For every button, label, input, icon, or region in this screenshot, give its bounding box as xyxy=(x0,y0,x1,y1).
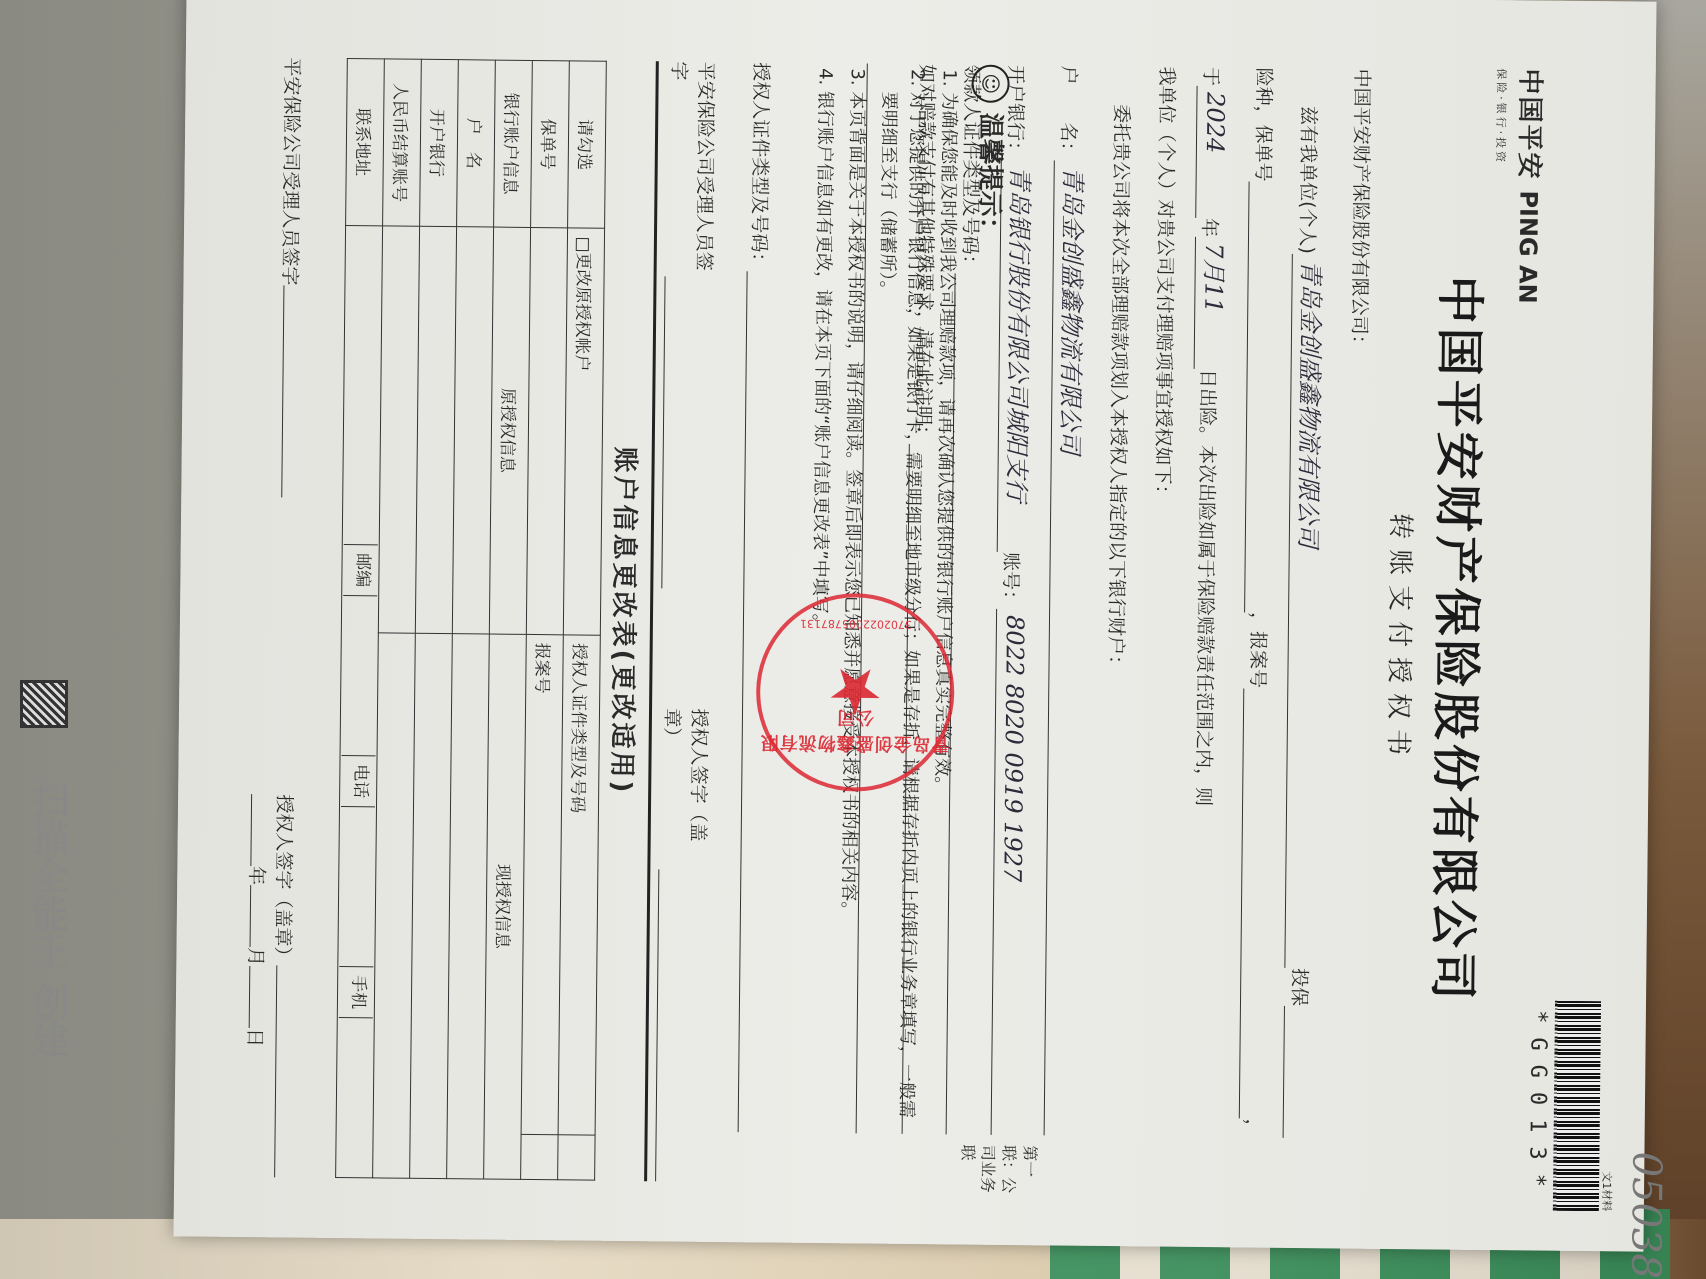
current-cell[interactable] xyxy=(373,632,416,1178)
tips-title: 温馨提示： xyxy=(969,113,1011,243)
postcode-label: 邮编 xyxy=(343,544,378,595)
policy-cell[interactable] xyxy=(526,227,567,634)
bottom-grantor: 授权人签字（盖章） 年月日 xyxy=(241,794,299,1178)
paper-sheet: 中国平安PING AN 保险·银行·投资 文1材料 *GG013* 05038 … xyxy=(173,0,1656,1252)
bottom-sign-row: 平安保险公司受理人员签字 授权人签字（盖章） 年月日 xyxy=(241,57,307,1178)
policy-suffix: ， xyxy=(1239,1118,1268,1137)
grantor-sign-field[interactable] xyxy=(655,869,712,1182)
addressee-line: 中国平安财产保险股份有限公司： xyxy=(1336,68,1376,1138)
grantor-sign-label: 授权人签字（盖章） xyxy=(658,708,714,870)
grantor-id-cell[interactable] xyxy=(558,1134,595,1180)
report-cell[interactable] xyxy=(521,1134,558,1180)
bottom-agent-field[interactable] xyxy=(281,285,284,497)
original-cell[interactable] xyxy=(452,227,493,634)
cell-label: 授权人证件类型及号码 xyxy=(558,634,600,1134)
pingan-logo: 中国平安PING AN 保险·银行·投资 xyxy=(1491,68,1550,304)
smiley-icon: ☺ xyxy=(971,65,1009,103)
month-label: 月 xyxy=(244,947,266,966)
row-label: 开户银行 xyxy=(420,59,459,226)
bottom-agent-label: 平安保险公司受理人员签字 xyxy=(278,57,302,285)
row-label: 银行账户信息 xyxy=(494,60,533,227)
phone-field[interactable] xyxy=(339,806,375,966)
account-name-label: 户 名： xyxy=(1054,65,1083,160)
row-label: 户 名 xyxy=(457,60,496,227)
change-table-title: 账户信息更改表(更改适用) xyxy=(601,61,659,1181)
doc-title: 转账支付授权书 xyxy=(1377,39,1427,1239)
row-label: 联系地址 xyxy=(346,59,385,226)
mobile-field[interactable] xyxy=(337,1017,373,1177)
account-change-section: 平安保险公司受理人员签字 授权人签字（盖章） 账户信息更改表(更改适用) 请勾选… xyxy=(241,57,721,1182)
handwritten-serial: 05038 xyxy=(1622,1151,1669,1279)
account-name-line: 户 名： 青岛金创盛鑫物流有限公司 xyxy=(1044,65,1092,1135)
grantor-id-label: 授权人证件类型及号码： xyxy=(747,62,776,271)
barcode-label: 文1材料 xyxy=(1599,1171,1615,1211)
day-label: 日 xyxy=(243,1028,265,1047)
authorization-line: 我单位（个人）对贵公司支付理赔项事宜授权如下： xyxy=(1141,66,1181,1136)
star-icon: ★ xyxy=(760,652,951,728)
address-field[interactable] xyxy=(344,226,381,544)
tip-item: 为确保您能及时收到我公司理赔款项，请再次确认您提供的银行账户信息真实完整有效。 xyxy=(923,92,962,1134)
current-info-header: 现授权信息 xyxy=(484,634,527,1180)
bottom-year-field[interactable] xyxy=(250,794,252,866)
company-title: 中国平安财产保险股份有限公司 xyxy=(1421,159,1500,1120)
report-label: ，报案号 xyxy=(1243,612,1272,688)
original-cell[interactable] xyxy=(378,226,419,633)
original-info-header: 原授权信息 xyxy=(489,227,530,634)
grantor-sign-row: 平安保险公司受理人员签字 授权人签字（盖章） xyxy=(655,61,721,1182)
logo-en: PING AN xyxy=(1513,190,1542,304)
change-account-checkbox[interactable]: □更改原授权帐户 xyxy=(563,228,604,635)
postcode-field[interactable] xyxy=(342,595,378,755)
bottom-grantor-label: 授权人签字（盖章） xyxy=(271,794,295,965)
addressee: 中国平安财产保险股份有限公司： xyxy=(1344,68,1375,353)
agent-sign-field[interactable] xyxy=(661,276,718,589)
insured-suffix: 投保 xyxy=(1284,968,1313,1006)
change-table: 请勾选 □更改原授权帐户 授权人证件类型及号码 保单号 报案号 银行账户信息 原… xyxy=(335,58,607,1181)
bottom-grantor-field[interactable] xyxy=(274,965,277,1177)
account-name-field[interactable]: 青岛金创盛鑫物流有限公司 xyxy=(1044,160,1091,1135)
date-prefix: 于 xyxy=(1197,67,1226,86)
barcode-bars xyxy=(1553,1001,1601,1211)
row-label: 请勾选 xyxy=(568,61,607,228)
form-page: 中国平安PING AN 保险·银行·投资 文1材料 *GG013* 05038 … xyxy=(239,27,1651,1242)
policy-prefix: 险种，保单号 xyxy=(1249,67,1279,181)
bottom-day-field[interactable] xyxy=(249,966,251,1028)
row-label: 保单号 xyxy=(531,60,570,227)
scanner-watermark: 扫描全能王 创建 xyxy=(20,780,75,1058)
insurance-type-field[interactable] xyxy=(1283,1006,1285,1138)
bottom-agent: 平安保险公司受理人员签字 xyxy=(248,57,307,498)
barcode: 文1材料 *GG013* xyxy=(1524,1000,1601,1211)
policy-line: 险种，保单号 ，报案号 ， xyxy=(1239,67,1279,1137)
incident-monthday-field[interactable]: 7月11 xyxy=(1194,237,1232,369)
copy-label: 第一联：公司业务联 xyxy=(956,1144,1040,1205)
insured-name-field[interactable]: 青岛金创盛鑫物流有限公司 xyxy=(1285,254,1329,969)
entrust-text: 委托贵公司将本次全部理赔款项划入本授权人指定的以下银行财户： xyxy=(1101,104,1135,674)
year-label: 年 xyxy=(1195,218,1224,237)
row-label: 人民币结算账号 xyxy=(383,59,422,226)
report-number-field[interactable] xyxy=(1239,688,1245,1118)
phone-label: 电话 xyxy=(341,755,376,806)
insured-prefix: 兹有我单位(个人) xyxy=(1292,106,1322,254)
current-cell[interactable] xyxy=(410,633,453,1179)
seal-number: 3702022005787131 xyxy=(761,616,951,631)
mobile-label: 手机 xyxy=(339,966,374,1017)
date-suffix: 日出险。本次出险如属于保险赔款责任范围之内，则 xyxy=(1189,369,1222,806)
original-cell[interactable] xyxy=(415,226,456,633)
current-cell[interactable] xyxy=(447,633,490,1179)
cell-label: 报案号 xyxy=(521,634,563,1134)
insured-line: 兹有我单位(个人) 青岛金创盛鑫物流有限公司 投保 xyxy=(1283,68,1331,1138)
barcode-code: *GG013* xyxy=(1524,1000,1551,1210)
year-label: 年 xyxy=(245,866,267,885)
incident-date-line: 于 2024 年 7月11 日出险。本次出险如属于保险赔款责任范围之内，则 xyxy=(1186,67,1234,1137)
logo-cn: 中国平安 xyxy=(1514,68,1545,180)
qr-code-icon xyxy=(20,680,68,728)
agent-sign-label: 平安保险公司受理人员签字 xyxy=(665,61,721,276)
grantor-id-line: 授权人证件类型及号码： xyxy=(738,62,776,1132)
policy-number-field[interactable] xyxy=(1244,181,1250,611)
entrust-line: 委托贵公司将本次全部理赔款项划入本授权人指定的以下银行财户： xyxy=(1097,66,1137,1136)
incident-year-field[interactable]: 2024 xyxy=(1195,86,1233,218)
authorization-text: 我单位（个人）对贵公司支付理赔项事宜授权如下： xyxy=(1148,66,1181,503)
bottom-month-field[interactable] xyxy=(250,885,252,947)
